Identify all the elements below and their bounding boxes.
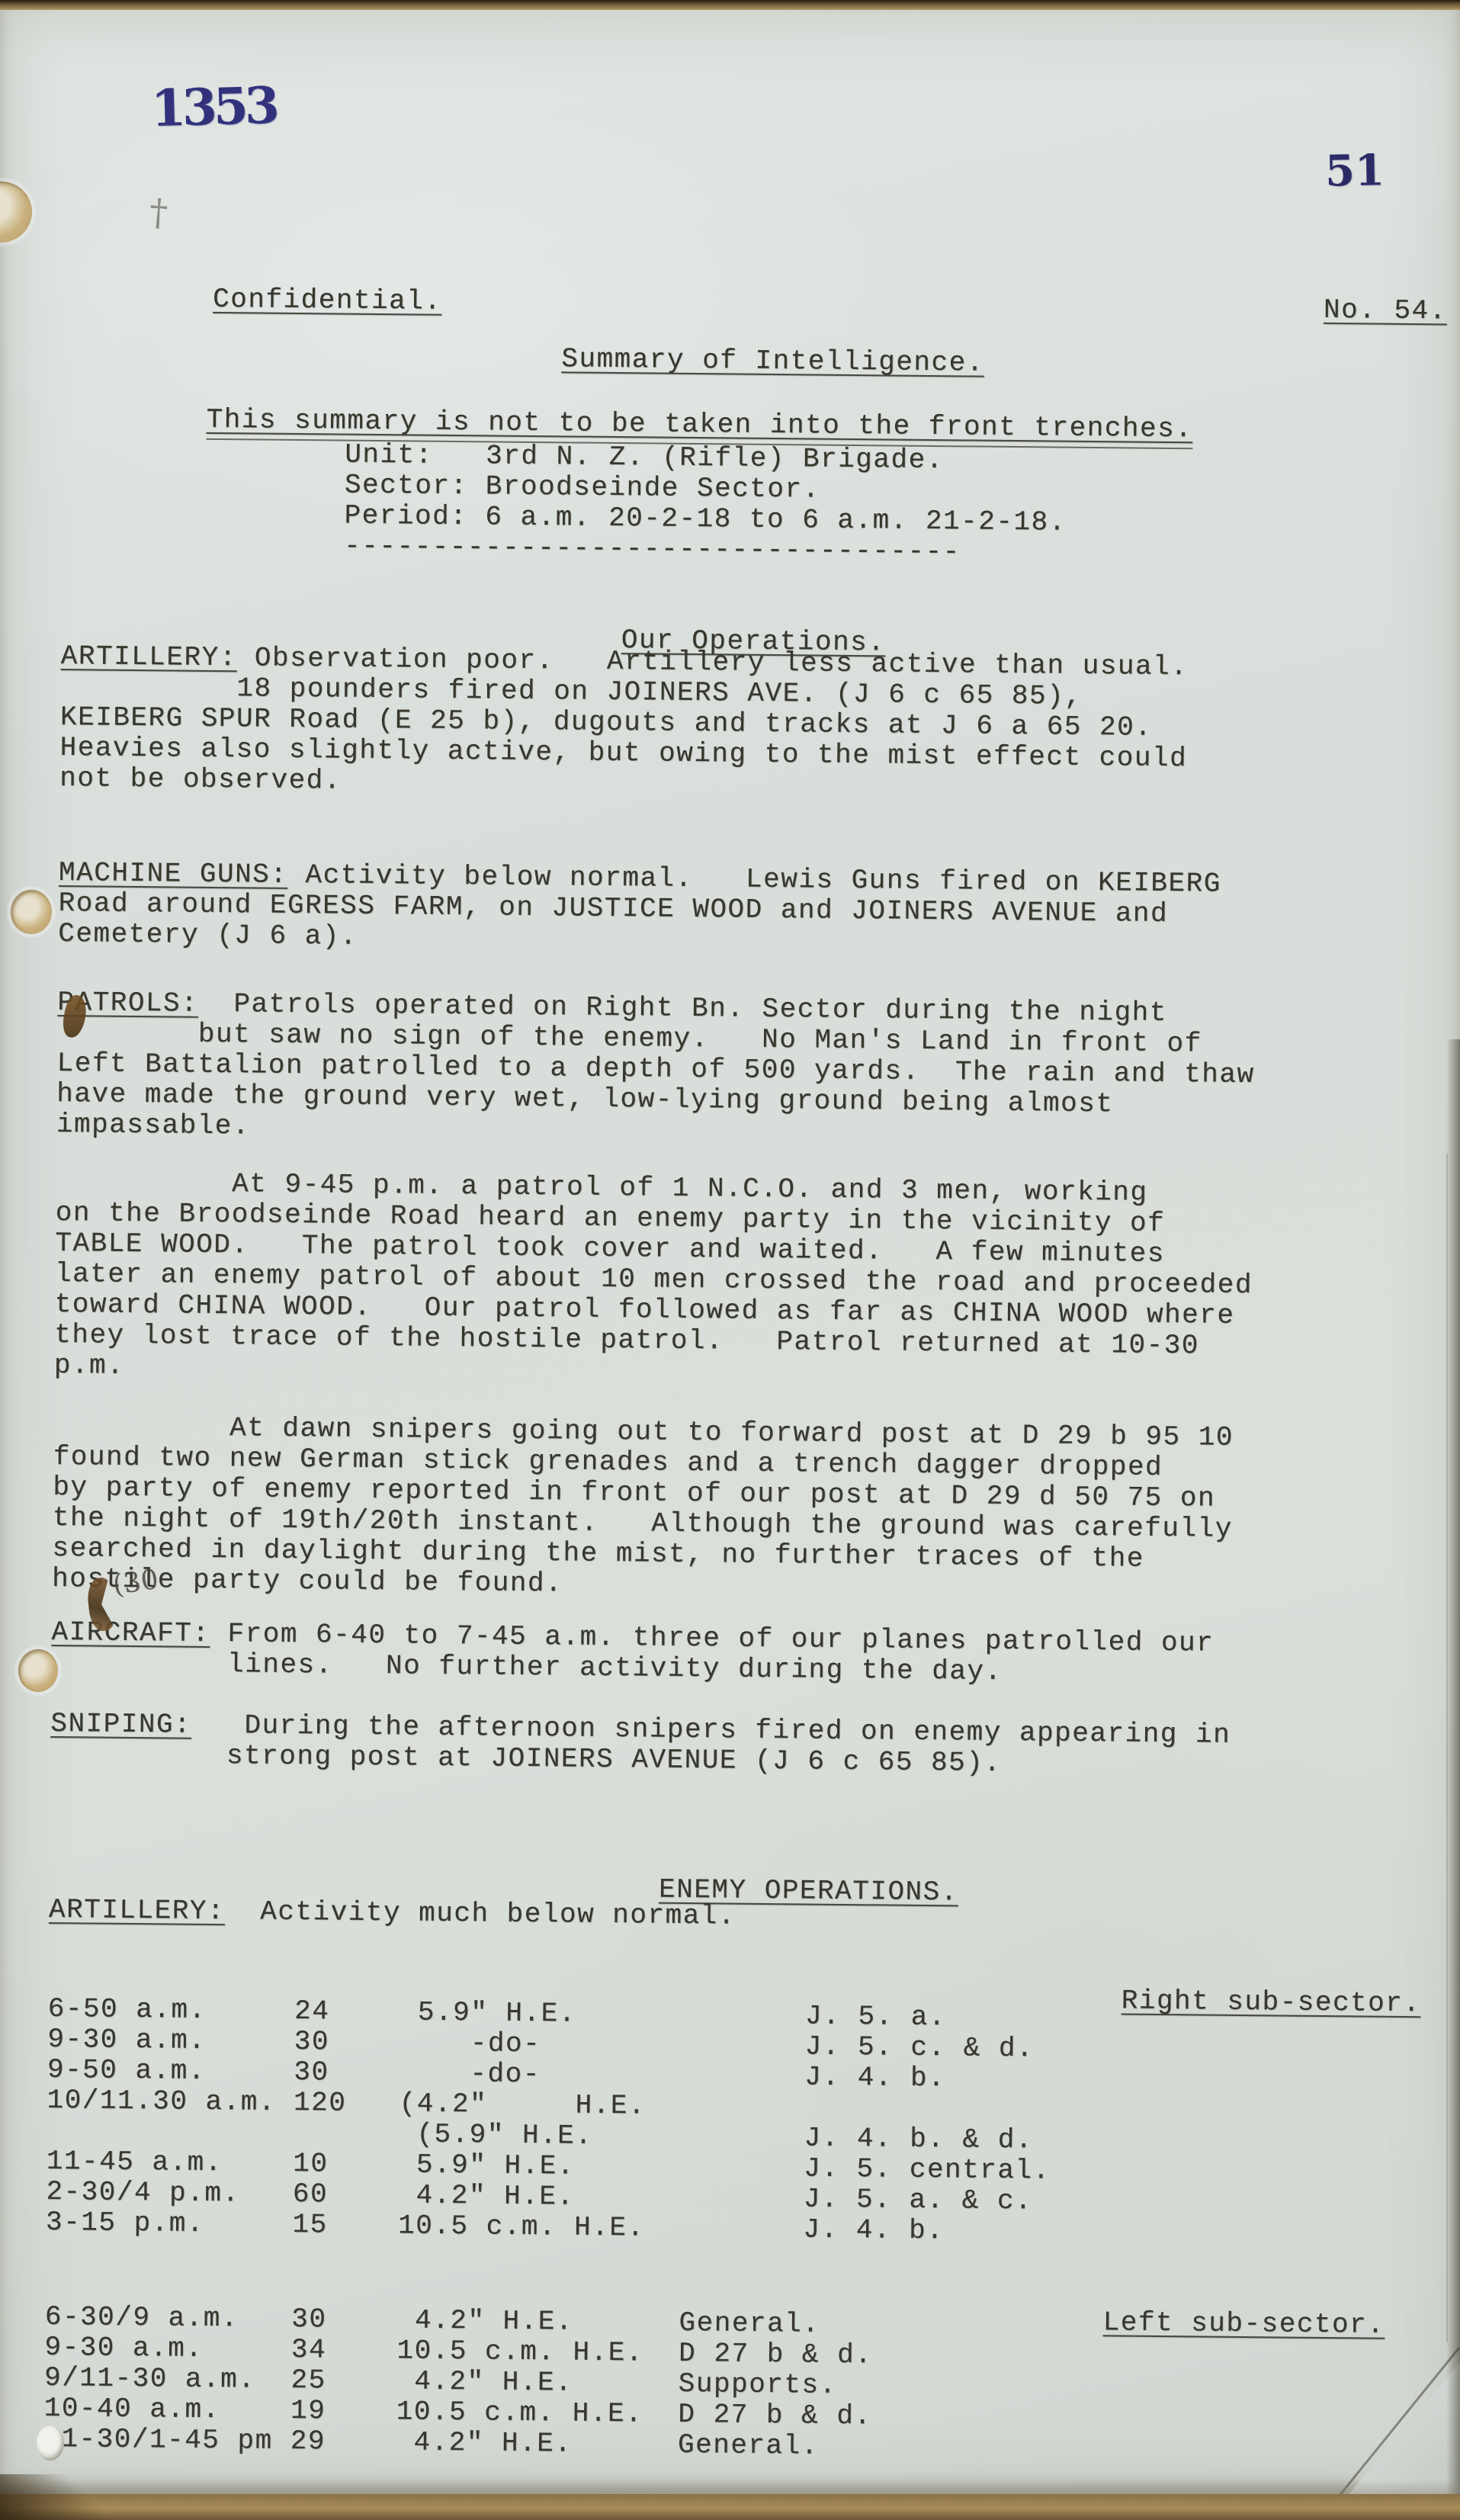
sniping-label: SNIPING:	[50, 1708, 191, 1741]
aircraft-label: AIRCRAFT:	[51, 1616, 210, 1649]
enemy-artillery-line: ARTILLERY: Activity much below normal.	[49, 1895, 736, 1932]
patrols-paragraph-3: At dawn snipers going out to forward pos…	[52, 1411, 1234, 1606]
scan-background-bottom	[0, 2494, 1460, 2520]
paper-dent	[37, 2425, 64, 2461]
sniping-body: During the afternoon snipers fired on en…	[50, 1709, 1231, 1779]
summary-number-text: No. 54.	[1324, 294, 1447, 327]
patrols-body-1: Patrols operated on Right Bn. Sector dur…	[56, 988, 1255, 1142]
pencil-annotation: (30	[111, 1564, 160, 1601]
enemy-artillery-label: ARTILLERY:	[49, 1894, 225, 1927]
punch-hole-lower	[18, 1649, 58, 1692]
aircraft-paragraph: AIRCRAFT: From 6-40 to 7-45 a.m. three o…	[51, 1617, 1215, 1690]
right-subsector-table: 6-50 a.m. 24 5.9" H.E. J. 5. a. 9-30 a.m…	[46, 1994, 1052, 2248]
paper-page: 1353 51 † Confidential. No. 54. Summary …	[0, 10, 1460, 2497]
summary-number: No. 54.	[1182, 263, 1448, 357]
machine-guns-label: MACHINE GUNS:	[59, 857, 288, 891]
artillery-paragraph: ARTILLERY: Observation poor. Artillery l…	[59, 641, 1188, 804]
left-subsector-heading: Left sub-sector.	[961, 2275, 1385, 2371]
scanned-document: 1353 51 † Confidential. No. 54. Summary …	[0, 0, 1460, 2520]
patrols-paragraph-2: At 9-45 p.m. a patrol of 1 N.C.O. and 3 …	[54, 1167, 1254, 1392]
classification-text: Confidential.	[213, 284, 442, 317]
artillery-label: ARTILLERY:	[61, 640, 237, 673]
page-edge-shadow	[1446, 1039, 1460, 2495]
punch-hole-middle	[11, 890, 52, 934]
typed-content: Confidential. No. 54. Summary of Intelli…	[0, 9, 1460, 2508]
enemy-artillery-note: Activity much below normal.	[225, 1896, 736, 1931]
unit-sector-period-block: Unit: 3rd N. Z. (Rifle) Brigade. Sector:…	[344, 440, 1067, 569]
scan-corner-dark	[0, 2474, 114, 2520]
sniping-paragraph: SNIPING: During the afternoon snipers fi…	[50, 1709, 1231, 1781]
right-subsector-heading-text: Right sub-sector.	[1121, 1985, 1421, 2019]
left-subsector-heading-text: Left sub-sector.	[1102, 2307, 1385, 2341]
aircraft-body: From 6-40 to 7-45 a.m. three of our plan…	[51, 1618, 1215, 1687]
machine-guns-paragraph: MACHINE GUNS: Activity below normal. Lew…	[58, 858, 1221, 961]
document-title-text: Summary of Intelligence.	[561, 343, 984, 378]
paper-bottom-shadow	[0, 2480, 1460, 2496]
left-subsector-table: 6-30/9 a.m. 30 4.2" H.E. General. 9-30 a…	[43, 2302, 873, 2462]
classification-label: Confidential.	[72, 252, 442, 348]
patrols-paragraph-1: PATROLS: Patrols operated on Right Bn. S…	[56, 987, 1256, 1151]
